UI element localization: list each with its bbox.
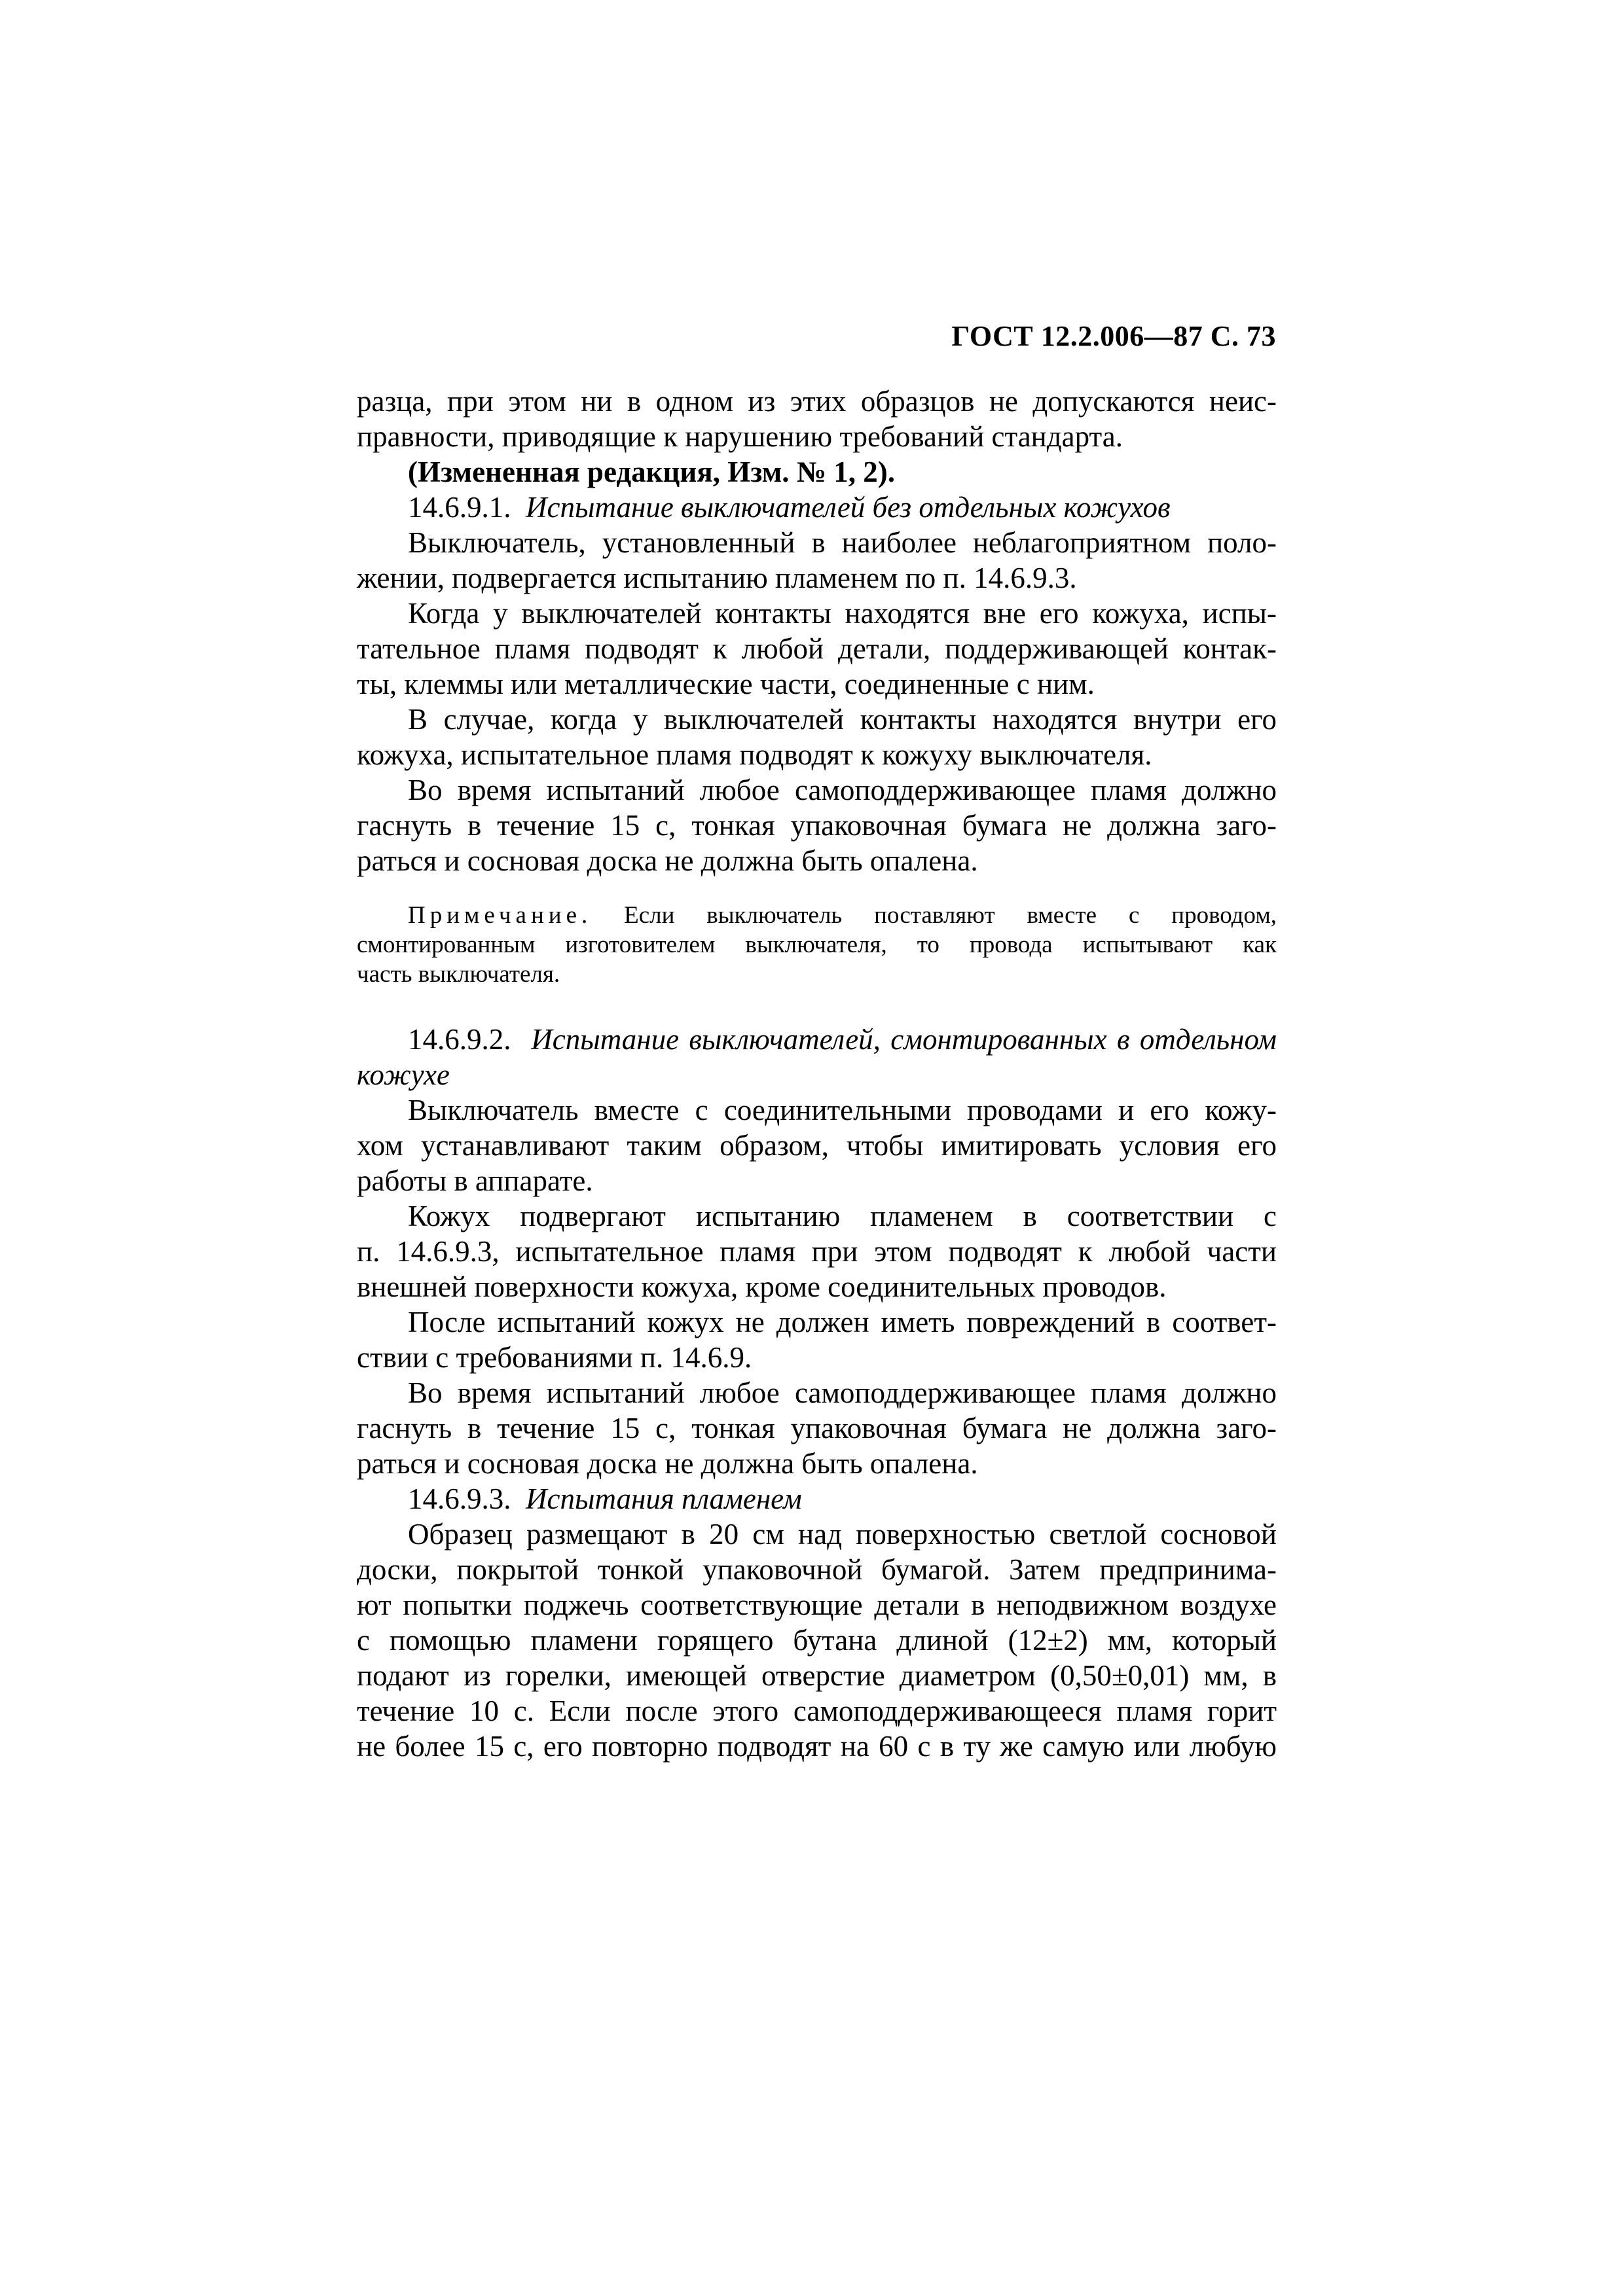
text-line: После испытаний кожух не должен иметь по…: [357, 1304, 1277, 1340]
text-line: Во время испытаний любое самоподдерживаю…: [357, 772, 1277, 808]
text-line: жении, подвергается испытанию пламенем п…: [357, 560, 1277, 596]
text-line: В случае, когда у выключателей контакты …: [357, 702, 1277, 737]
text-line: ты, клеммы или металлические части, соед…: [357, 666, 1277, 702]
text-line: п. 14.6.9.3, испытательное пламя при это…: [357, 1234, 1277, 1269]
text-line: разца, при этом ни в одном из этих образ…: [357, 384, 1277, 419]
text-line: раться и сосновая доска не должна быть о…: [357, 843, 1277, 878]
note-line: часть выключателя.: [357, 960, 1277, 989]
text-line: ют попытки поджечь соответствующие детал…: [357, 1587, 1277, 1623]
text-line: правности, приводящие к нарушению требов…: [357, 419, 1277, 454]
document-body: разца, при этом ни в одном из этих образ…: [357, 384, 1277, 1764]
page-header: ГОСТ 12.2.006—87 С. 73: [951, 319, 1276, 353]
note-block: Примечание. Если выключатель поставляют …: [357, 901, 1277, 989]
text-line: внешней поверхности кожуха, кроме соедин…: [357, 1269, 1277, 1304]
section-heading-14-6-9-2: 14.6.9.2. Испытание выключателей, смонти…: [357, 1022, 1277, 1057]
spacer: [357, 878, 1277, 901]
text-line: кожуха, испытательное пламя подводят к к…: [357, 737, 1277, 772]
text-line: Образец размещают в 20 см над поверхност…: [357, 1516, 1277, 1552]
text-line: Когда у выключателей контакты находятся …: [357, 596, 1277, 631]
text-line: течение 10 с. Если после этого самоподде…: [357, 1693, 1277, 1729]
section-number: 14.6.9.1.: [408, 491, 511, 524]
note-line: смонтированным изготовителем выключателя…: [357, 930, 1277, 960]
section-number: 14.6.9.3.: [408, 1482, 511, 1515]
text-line: Кожух подвергают испытанию пламенем в со…: [357, 1198, 1277, 1234]
text-line: подают из горелки, имеющей отверстие диа…: [357, 1658, 1277, 1693]
text-line: с помощью пламени горящего бутана длиной…: [357, 1623, 1277, 1658]
text-line: работы в аппарате.: [357, 1163, 1277, 1198]
text-line: тательное пламя подводят к любой детали,…: [357, 631, 1277, 666]
section-heading-14-6-9-1: 14.6.9.1. Испытание выключателей без отд…: [357, 490, 1277, 525]
note-label: Примечание.: [408, 902, 592, 929]
text-line: гаснуть в течение 15 с, тонкая упаковочн…: [357, 1410, 1277, 1446]
section-title-continued: кожухе: [357, 1057, 1277, 1092]
text-line: не более 15 с, его повторно подводят на …: [357, 1729, 1277, 1764]
spacer: [357, 989, 1277, 1022]
text-line: Во время испытаний любое самоподдерживаю…: [357, 1375, 1277, 1410]
section-heading-14-6-9-3: 14.6.9.3. Испытания пламенем: [357, 1481, 1277, 1516]
text-line: Выключатель, установленный в наиболее не…: [357, 525, 1277, 560]
document-page: ГОСТ 12.2.006—87 С. 73 разца, при этом н…: [0, 0, 1623, 2296]
text-line: доски, покрытой тонкой упаковочной бумаг…: [357, 1552, 1277, 1587]
section-title: Испытание выключателей без отдельных кож…: [526, 491, 1171, 524]
section-title: Испытание выключателей, смонтированных в…: [531, 1023, 1277, 1056]
section-number: 14.6.9.2.: [408, 1023, 511, 1056]
amendment-note: (Измененная редакция, Изм. № 1, 2).: [357, 454, 1277, 490]
text-line: хом устанавливают таким образом, чтобы и…: [357, 1128, 1277, 1163]
text-line: раться и сосновая доска не должна быть о…: [357, 1446, 1277, 1481]
note-text: Если выключатель поставляют вместе с про…: [624, 902, 1277, 929]
standard-number: ГОСТ 12.2.006—87: [951, 320, 1203, 352]
section-title: Испытания пламенем: [526, 1482, 802, 1515]
note-line: Примечание. Если выключатель поставляют …: [357, 901, 1277, 930]
text-line: гаснуть в течение 15 с, тонкая упаковочн…: [357, 808, 1277, 843]
text-line: Выключатель вместе с соединительными про…: [357, 1092, 1277, 1128]
page-number: С. 73: [1211, 320, 1276, 352]
text-line: ствии с требованиями п. 14.6.9.: [357, 1340, 1277, 1375]
